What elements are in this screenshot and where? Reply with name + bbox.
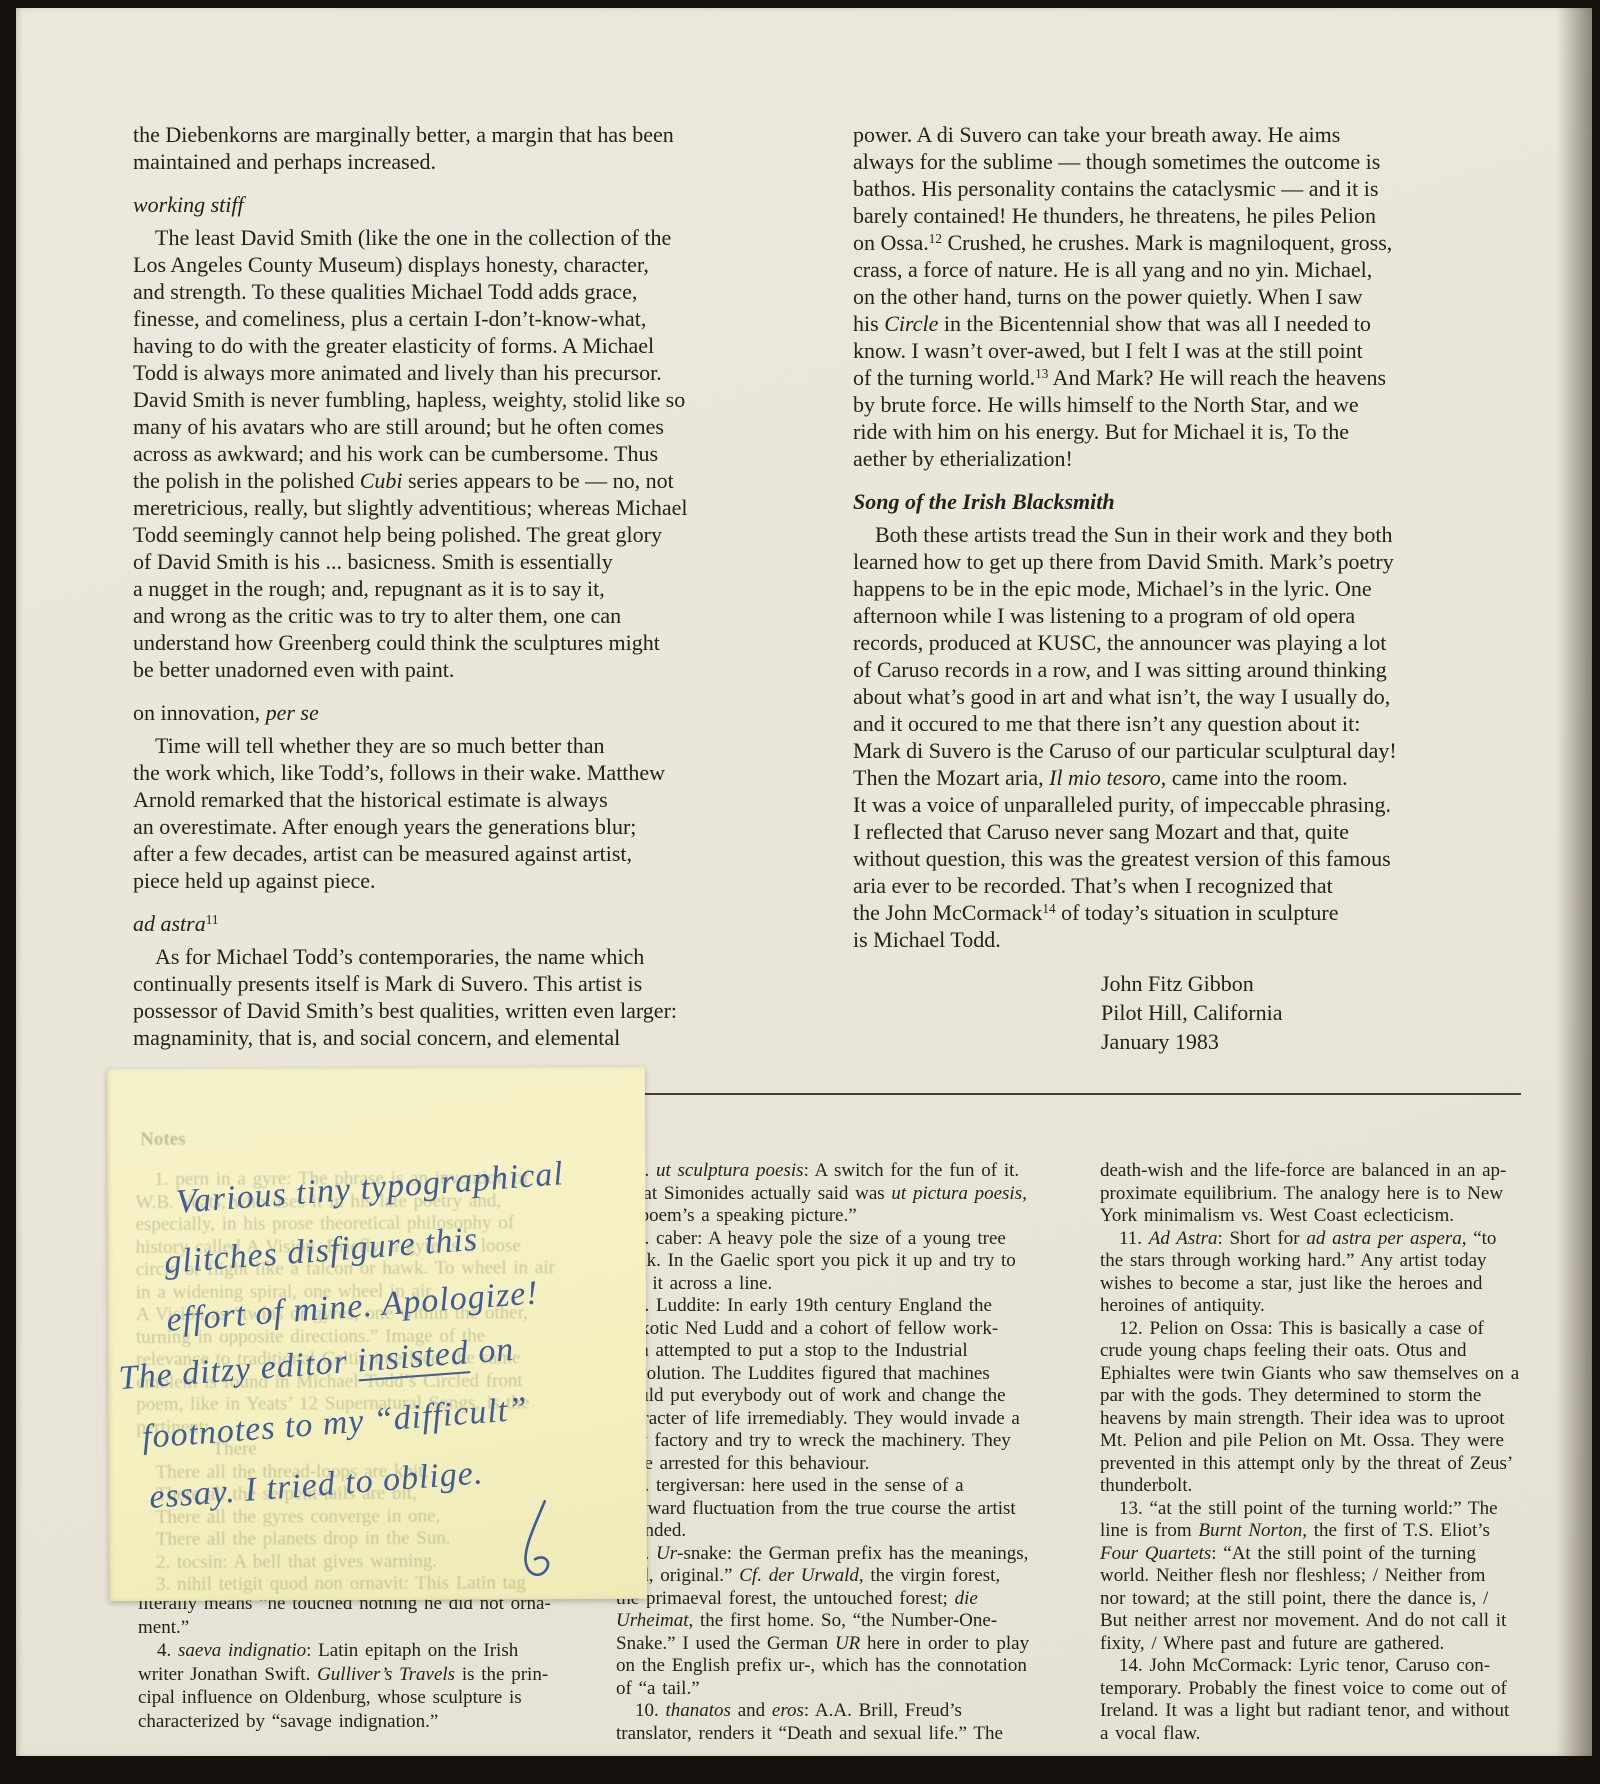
section-paragraph-song-of-the-irish-blacksmith: Both these artists tread the Sun in thei…	[853, 521, 1397, 953]
signature-flourish-icon	[489, 1495, 563, 1591]
section-heading-ad-astra: ad astra11	[133, 910, 688, 937]
continued-paragraph: the Diebenkorns are marginally better, a…	[133, 121, 688, 175]
section-heading-song-of-the-irish-blacksmith: Song of the Irish Blacksmith	[853, 488, 1397, 515]
section-paragraph-working-stiff: The least David Smith (like the one in t…	[133, 224, 688, 683]
footnote-column-left: literally means “he touched nothing he d…	[138, 1592, 551, 1733]
section-heading-working-stiff: working stiff	[133, 191, 688, 218]
section-paragraph-on-innovation: Time will tell whether they are so much …	[133, 732, 688, 894]
scanned-magazine-page: the Diebenkorns are marginally better, a…	[16, 8, 1592, 1756]
section-heading-on-innovation: on innovation, per se	[133, 699, 688, 726]
main-column-right: power. A di Suvero can take your breath …	[853, 121, 1397, 1056]
signature-block: John Fitz GibbonPilot Hill, CaliforniaJa…	[853, 969, 1397, 1056]
opening-paragraph: power. A di Suvero can take your breath …	[853, 121, 1397, 472]
main-column-left: the Diebenkorns are marginally better, a…	[133, 121, 688, 1051]
sticky-note: Notes 1. pern in a gyre: The phrase is a…	[107, 1067, 647, 1601]
ghost-notes-heading: Notes	[140, 1129, 185, 1151]
footnote-column-right: death-wish and the life-force are balanc…	[1100, 1160, 1519, 1745]
section-paragraph-ad-astra: As for Michael Todd’s contemporaries, th…	[133, 943, 688, 1051]
page-gutter-shadow	[1556, 8, 1592, 1756]
footnote-column-middle: 5. ut sculptura poesis: A switch for the…	[616, 1160, 1029, 1745]
